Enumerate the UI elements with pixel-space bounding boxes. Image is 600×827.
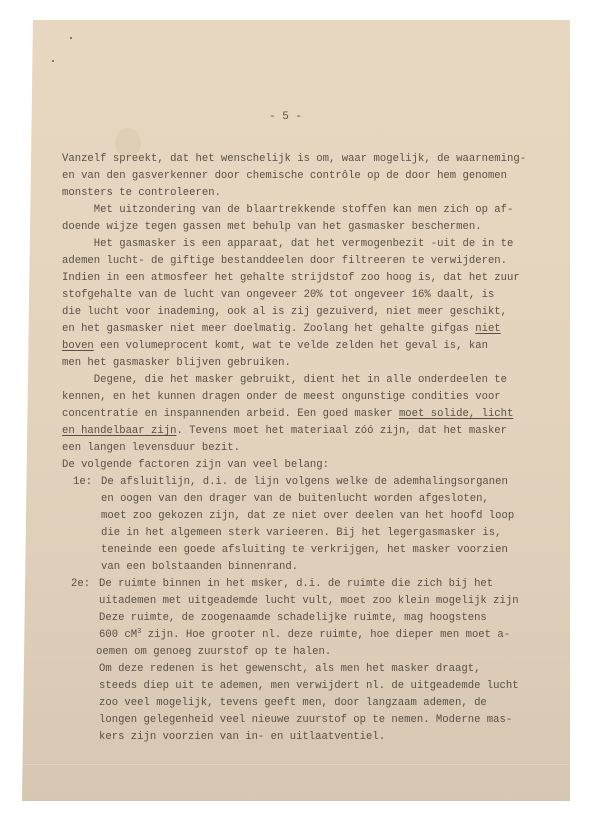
text-segment: een volumeprocent komt, wat te velde zel… bbox=[94, 340, 488, 352]
text-line: De volgende factoren zijn van veel belan… bbox=[62, 458, 329, 472]
text-line: een langen levensduur bezit. bbox=[62, 441, 240, 455]
underlined-text: moet solide, licht bbox=[399, 408, 513, 420]
text-line: ademen lucht- de giftige bestanddeelen d… bbox=[62, 254, 507, 268]
list-item-line: steeds diep uit te ademen, men verwijder… bbox=[99, 679, 519, 693]
text-segment: zijn. Hoe grooter nl. deze ruimte, hoe d… bbox=[141, 629, 510, 641]
text-line: concentratie en inspannenden arbeid. Een… bbox=[62, 407, 513, 421]
list-item-line: De ruimte binnen in het msker, d.i. de r… bbox=[99, 577, 493, 591]
underlined-text: niet bbox=[475, 323, 500, 335]
paper-speck bbox=[70, 37, 72, 39]
list-item-line: oemen om genoeg zuurstof op te halen. bbox=[96, 645, 331, 659]
list-item-line: Om deze redenen is het gewenscht, als me… bbox=[99, 662, 480, 676]
list-item-line: uitademen met uitgeademde lucht vult, mo… bbox=[99, 594, 519, 608]
text-segment: . Tevens moet het materiaal zóó zijn, da… bbox=[176, 425, 507, 437]
text-segment: concentratie en inspannenden arbeid. Een… bbox=[62, 408, 399, 420]
list-item-line: van een bolstaanden binnenrand. bbox=[101, 560, 298, 574]
text-line: Met uitzondering van de blaartrekkende s… bbox=[62, 203, 513, 217]
list-item-line: moet zoo gekozen zijn, dat ze niet over … bbox=[101, 509, 514, 523]
text-line: die lucht voor inademing, ook al is zij … bbox=[62, 305, 507, 319]
text-line: en het gasmasker niet meer doelmatig. Zo… bbox=[62, 322, 501, 336]
text-line: en van den gasverkenner door chemische c… bbox=[62, 169, 507, 183]
text-line: Het gasmasker is een apparaat, dat het v… bbox=[62, 237, 513, 251]
text-segment: en het gasmasker niet meer doelmatig. Zo… bbox=[62, 323, 475, 335]
list-item-line: en oogen van den drager van de buitenluc… bbox=[101, 492, 489, 506]
text-segment: 600 cM bbox=[99, 629, 137, 641]
paper-speck bbox=[52, 60, 54, 62]
text-line: Degene, die het masker gebruikt, dient h… bbox=[62, 373, 507, 387]
list-marker: 1e: bbox=[73, 475, 92, 489]
list-item-line: die in het algemeen sterk varieeren. Bij… bbox=[101, 526, 502, 540]
list-item-line: zoo veel mogelijk, tevens geeft men, doo… bbox=[99, 696, 487, 710]
underlined-text: boven bbox=[62, 340, 94, 352]
list-item-line: longen gelegenheid veel nieuwe zuurstof … bbox=[99, 713, 512, 727]
text-line: stofgehalte van de lucht van ongeveer 20… bbox=[62, 288, 494, 302]
list-item-line: De afsluitlijn, d.i. de lijn volgens wel… bbox=[101, 475, 508, 489]
page-number: - 5 - bbox=[269, 111, 302, 123]
list-item-line: teneinde een goede afsluiting te verkrij… bbox=[101, 543, 508, 557]
underlined-text: en handelbaar zijn bbox=[62, 425, 176, 437]
text-line: kennen, en het kunnen dragen onder de me… bbox=[62, 390, 501, 404]
text-line: Indien in een atmosfeer het gehalte stri… bbox=[62, 271, 520, 285]
text-line: men het gasmasker blijven gebruiken. bbox=[62, 356, 291, 370]
list-marker: 2e: bbox=[71, 577, 90, 591]
text-line: doende wijze tegen gassen met behulp van… bbox=[62, 220, 482, 234]
list-item-line: kers zijn voorzien van in- en uitlaatven… bbox=[99, 730, 385, 744]
text-line: monsters te controleeren. bbox=[62, 186, 221, 200]
list-item-line: 600 cM3 zijn. Hoe grooter nl. deze ruimt… bbox=[99, 628, 510, 642]
text-line: boven een volumeprocent komt, wat te vel… bbox=[62, 339, 488, 353]
text-line: en handelbaar zijn. Tevens moet het mate… bbox=[62, 424, 507, 438]
text-line: Vanzelf spreekt, dat het wenschelijk is … bbox=[62, 152, 526, 166]
list-item-line: Deze ruimte, de zoogenaamde schadelijke … bbox=[99, 611, 487, 625]
paper-fold-line bbox=[22, 764, 570, 766]
